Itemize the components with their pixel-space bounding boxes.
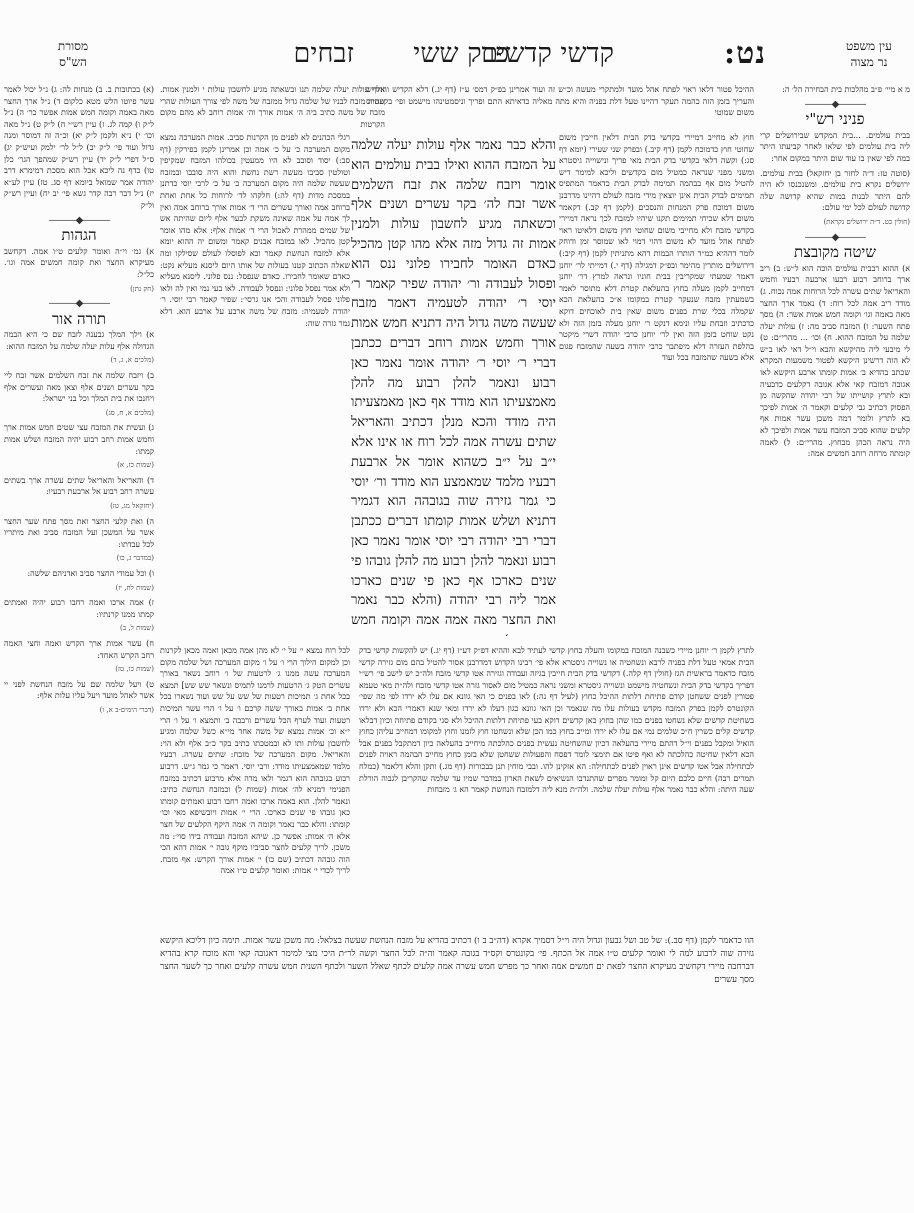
torah-ohr-citation: (במדבר ג, כו) bbox=[4, 553, 154, 565]
shita-mekubetzet-text: א) ההוא רבבית עולמים הוכה הוא ל״ש: ב) רי… bbox=[760, 263, 910, 460]
rashi-column: רגלי הכהנים לא לפנים מן הקרנות סביב. אמו… bbox=[160, 132, 350, 637]
ein-mishpat-heading: עין משפט נר מצוה bbox=[824, 38, 914, 70]
ornament-divider-icon: ———◆——— bbox=[4, 215, 154, 227]
torah-ohr-citation: (שמות לח, יז) bbox=[4, 583, 154, 595]
torah-ohr-citation: (דברי הימים-ב א, ו) bbox=[4, 705, 154, 717]
hagahot-title: הגהות bbox=[4, 230, 154, 242]
left-margin: (א) בכתובות ב. ב) מנחות לה: ג) נ״ל יכול … bbox=[4, 84, 154, 1044]
ein-mishpat-entry: מ א מיי׳ פ״ב מהלכות בית הבחירה הל׳ ה: bbox=[760, 84, 910, 96]
gemara-text: והלא כבר נאמר אלף עולות יעלה שלמה על המז… bbox=[351, 136, 556, 636]
pninei-rashi-citation: (חולין כט. ד״ה ירושלים נקראת) bbox=[760, 217, 910, 229]
daf-number: נט: bbox=[724, 36, 766, 71]
pninei-rashi-entry: בבית עולמים. ...בית המקדש שבירושלים קרי … bbox=[760, 130, 910, 165]
ornament-divider-icon: ———◆——— bbox=[760, 99, 910, 111]
perek-label: פרק ששי bbox=[413, 38, 509, 69]
torah-ohr-verse: ד) והאריאל והאריאל שתים עשרה ארך בשתים ע… bbox=[4, 475, 154, 498]
torah-ohr-verse: ח) עשר אמות ארך הקרש ואמה וחצי האמה רחב … bbox=[4, 638, 154, 661]
torah-ohr-citation: (שמות כז, א) bbox=[4, 460, 154, 472]
torah-ohr-verse: ז) אמה ארכו ואמה רחבו רבוע יהיה ואמתים ק… bbox=[4, 597, 154, 620]
torah-ohr-title: תורה אור bbox=[4, 314, 154, 326]
right-margin: מ א מיי׳ פ״ב מהלכות בית הבחירה הל׳ ה: ——… bbox=[760, 84, 910, 1044]
page-header: עין משפט נר מצוה נט: קדשי קדשים פרק ששי … bbox=[0, 36, 914, 82]
masoret-hashas-heading: מסורת הש"ס bbox=[28, 38, 118, 70]
tractate-name: זבחים bbox=[294, 38, 354, 69]
torah-ohr-citation: (מלכים א, ג, ד) bbox=[4, 355, 154, 367]
torah-ohr-verse: ט) ויעל שלמה שם על מזבח הנחשת לפני יי אש… bbox=[4, 679, 154, 702]
ein-mishpat-title: עין משפט bbox=[824, 38, 914, 54]
torah-ohr-citation: (יחזקאל מג, טז) bbox=[4, 501, 154, 513]
tosafot-wide-continuation: הוו כדאמר לקמן (דף סב.): של טב ושל גבעון… bbox=[160, 935, 754, 1045]
rashi-top: אלף עולות יעלה שלמה תנו ובשאתה מגיע לחשב… bbox=[160, 84, 385, 128]
torah-ohr-verse: ה) ואת קלעי החצר ואת מסך פתח שער החצר אש… bbox=[4, 516, 154, 551]
talmud-page: עין משפט נר מצוה נט: קדשי קדשים פרק ששי … bbox=[0, 0, 914, 1213]
torah-ohr-citation: (שמות ל, ב) bbox=[4, 623, 154, 635]
tosafot-continuation: לתרץ לקמן ר׳ יוחנן מיירי כשבנה המזבח במק… bbox=[359, 645, 754, 930]
torah-ohr-verse: ג) ועשית את המזבח עצי שטים חמש אמות ארך … bbox=[4, 422, 154, 457]
masoret-title: מסורת bbox=[28, 38, 118, 54]
pninei-rashi-title: פניני רש"י bbox=[760, 114, 910, 126]
torah-ohr-citation: (שמות כו, טז) bbox=[4, 664, 154, 676]
ornament-divider-icon: ———◆——— bbox=[760, 232, 910, 244]
tosafot-top: ההיכל פטור דלאו ראוי לפתח אהל מועד ולמתק… bbox=[366, 84, 754, 128]
ornament-divider-icon: ———◆——— bbox=[4, 298, 154, 310]
shita-mekubetzet-title: שיטה מקובצת bbox=[760, 247, 910, 259]
hagahot-citation: (חק נתן) bbox=[4, 284, 154, 296]
torah-ohr-verse: ב) ויזבח שלמה את זבח השלמים אשר זבח ליי … bbox=[4, 370, 154, 405]
tosafot-column: חוץ לא מחייב דמיירי בקדשי בדק הבית דלאין… bbox=[559, 132, 754, 637]
ner-mitzvah-title: נר מצוה bbox=[824, 54, 914, 70]
torah-ohr-verse: א) וילך המלך גבענה לזבח שם כי היא הבמה ה… bbox=[4, 329, 154, 352]
torah-ohr-verse: ו) וכל עמודי החצר סביב ואדניהם שלשה: bbox=[4, 568, 154, 580]
rashi-continuation: לכל רוח נמצא י׳ על י׳ לא מהן אמה מכאן וא… bbox=[160, 645, 350, 930]
hagahot-text: א) גמ׳ וי״ה ואומר קלעים ט״ו אמה. דקחשב מ… bbox=[4, 246, 154, 281]
pninei-rashi-entry: (סוטה טז: ד״ה לחזר בן יחזקאל) בבית עולמי… bbox=[760, 168, 910, 214]
masoret-hashas-text: (א) בכתובות ב. ב) מנחות לה: ג) נ״ל יכול … bbox=[4, 84, 154, 212]
hashas-title: הש"ס bbox=[28, 54, 118, 70]
torah-ohr-citation: (מלכים א, ח, סג) bbox=[4, 408, 154, 420]
